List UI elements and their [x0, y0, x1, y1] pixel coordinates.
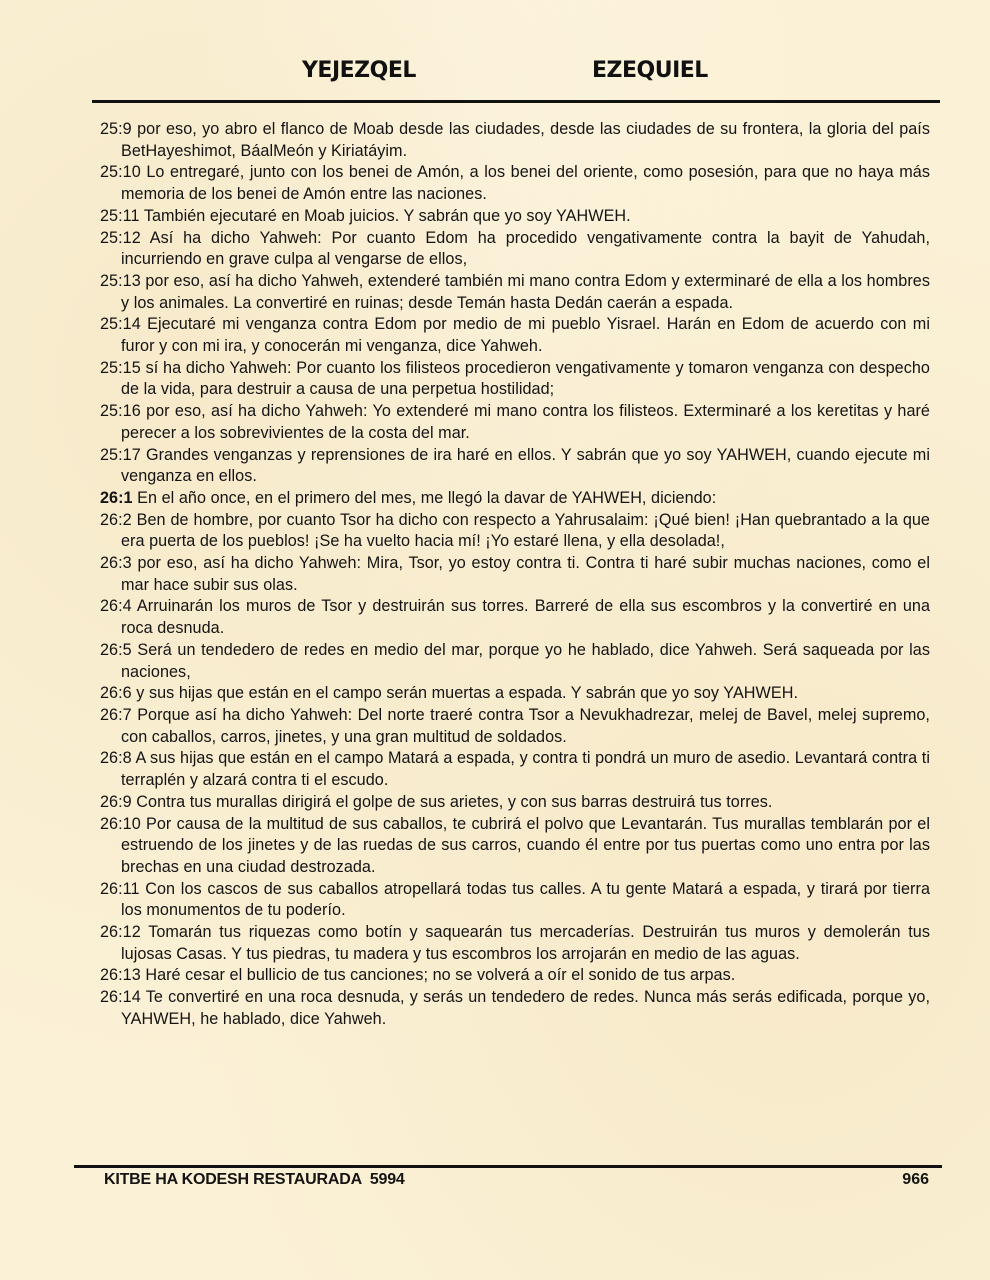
verse-ref: 25:13: [100, 272, 141, 290]
verse: 26:13 Haré cesar el bullicio de tus canc…: [100, 965, 930, 987]
verse: 26:8 A sus hijas que están en el campo M…: [100, 748, 930, 791]
footer-book-title: KITBE HA KODESH RESTAURADA 5994: [104, 1171, 405, 1189]
verse-text: Haré cesar el bullicio de tus canciones;…: [145, 966, 735, 984]
verse-ref: 26:6: [100, 684, 132, 702]
verse-ref: 26:13: [100, 966, 141, 984]
spanish-book-title: EZEQUIEL: [592, 58, 708, 83]
verse-text: Ejecutaré mi venganza contra Edom por me…: [121, 315, 930, 355]
verse: 26:7 Porque así ha dicho Yahweh: Del nor…: [100, 705, 930, 748]
verse: 26:9 Contra tus murallas dirigirá el gol…: [100, 792, 930, 814]
verse-ref: 26:3: [100, 554, 132, 572]
verse: 26:14 Te convertiré en una roca desnuda,…: [100, 987, 930, 1030]
verse-text: En el año once, en el primero del mes, m…: [137, 489, 716, 507]
verse-ref: 25:15: [100, 359, 141, 377]
verse-text: Te convertiré en una roca desnuda, y ser…: [121, 988, 930, 1028]
verse-ref: 26:4: [100, 597, 132, 615]
verse-ref: 26:14: [100, 988, 141, 1006]
verse-text: sí ha dicho Yahweh: Por cuanto los filis…: [121, 359, 930, 399]
verse: 25:15 sí ha dicho Yahweh: Por cuanto los…: [100, 358, 930, 401]
verse-ref: 26:10: [100, 815, 141, 833]
verse: 25:14 Ejecutaré mi venganza contra Edom …: [100, 314, 930, 357]
verse-text: Ben de hombre, por cuanto Tsor ha dicho …: [121, 511, 930, 551]
verse-ref: 25:11: [100, 207, 140, 225]
verse-ref: 26:12: [100, 923, 141, 941]
verse-ref: 26:8: [100, 749, 132, 767]
verse-text: Grandes venganzas y reprensiones de ira …: [121, 446, 930, 486]
verse: 25:12 Así ha dicho Yahweh: Por cuanto Ed…: [100, 228, 930, 271]
verse: 26:11 Con los cascos de sus caballos atr…: [100, 879, 930, 922]
verse-ref: 25:10: [100, 163, 141, 181]
header-divider: [92, 100, 940, 103]
verse-text: Tomarán tus riquezas como botín y saquea…: [121, 923, 930, 963]
verse-ref: 26:5: [100, 641, 132, 659]
chapter-verse-ref: 26:1: [100, 489, 133, 507]
verse: 26:5 Será un tendedero de redes en medio…: [100, 640, 930, 683]
verse-text: por eso, así ha dicho Yahweh, extenderé …: [121, 272, 930, 312]
verse: 25:13 por eso, así ha dicho Yahweh, exte…: [100, 271, 930, 314]
verse-text: Será un tendedero de redes en medio del …: [121, 641, 930, 681]
verse: 26:2 Ben de hombre, por cuanto Tsor ha d…: [100, 510, 930, 553]
verse-text: Así ha dicho Yahweh: Por cuanto Edom ha …: [121, 229, 930, 269]
verse-text: Lo entregaré, junto con los benei de Amó…: [121, 163, 930, 203]
verse-text: Por causa de la multitud de sus caballos…: [121, 815, 930, 876]
verse: 26:4 Arruinarán los muros de Tsor y dest…: [100, 596, 930, 639]
verse: 25:9 por eso, yo abro el flanco de Moab …: [100, 119, 930, 162]
verse: 25:10 Lo entregaré, junto con los benei …: [100, 162, 930, 205]
verse-text: Arruinarán los muros de Tsor y destruirá…: [121, 597, 930, 637]
verse: 25:16 por eso, así ha dicho Yahweh: Yo e…: [100, 401, 930, 444]
verse-ref: 26:11: [100, 880, 140, 898]
verse-text: A sus hijas que están en el campo Matará…: [121, 749, 930, 789]
verse-text: y sus hijas que están en el campo serán …: [136, 684, 798, 702]
verse-text: por eso, así ha dicho Yahweh: Yo extende…: [121, 402, 930, 442]
verse-ref: 25:17: [100, 446, 141, 464]
verse-ref: 26:2: [100, 511, 132, 529]
verse-text: Porque así ha dicho Yahweh: Del norte tr…: [121, 706, 930, 746]
verse-ref: 26:9: [100, 793, 132, 811]
verse-ref: 26:7: [100, 706, 132, 724]
hebrew-book-title: YEJEZQEL: [302, 58, 416, 83]
verse-ref: 25:14: [100, 315, 141, 333]
verse: 26:12 Tomarán tus riquezas como botín y …: [100, 922, 930, 965]
verse: 26:3 por eso, así ha dicho Yahweh: Mira,…: [100, 553, 930, 596]
verse: 26:10 Por causa de la multitud de sus ca…: [100, 814, 930, 879]
verse-text: Con los cascos de sus caballos atropella…: [121, 880, 930, 920]
verse-ref: 25:9: [100, 120, 132, 138]
verse: 26:6 y sus hijas que están en el campo s…: [100, 683, 930, 705]
page-footer: KITBE HA KODESH RESTAURADA 5994 966: [0, 1171, 990, 1195]
verse-text: por eso, así ha dicho Yahweh: Mira, Tsor…: [121, 554, 930, 594]
footer-divider: [74, 1165, 942, 1168]
verse-chapter-start: 26:1 En el año once, en el primero del m…: [100, 488, 930, 510]
verse-ref: 25:16: [100, 402, 141, 420]
verse-text: Contra tus murallas dirigirá el golpe de…: [136, 793, 772, 811]
page-number: 966: [902, 1171, 929, 1189]
page-header: YEJEZQEL EZEQUIEL: [0, 58, 990, 92]
verse-ref: 25:12: [100, 229, 141, 247]
verse-list: 25:9 por eso, yo abro el flanco de Moab …: [100, 119, 930, 1031]
verse-text: También ejecutaré en Moab juicios. Y sab…: [144, 207, 631, 225]
verse-text: por eso, yo abro el flanco de Moab desde…: [121, 120, 930, 160]
verse: 25:17 Grandes venganzas y reprensiones d…: [100, 445, 930, 488]
verse: 25:11 También ejecutaré en Moab juicios.…: [100, 206, 930, 228]
